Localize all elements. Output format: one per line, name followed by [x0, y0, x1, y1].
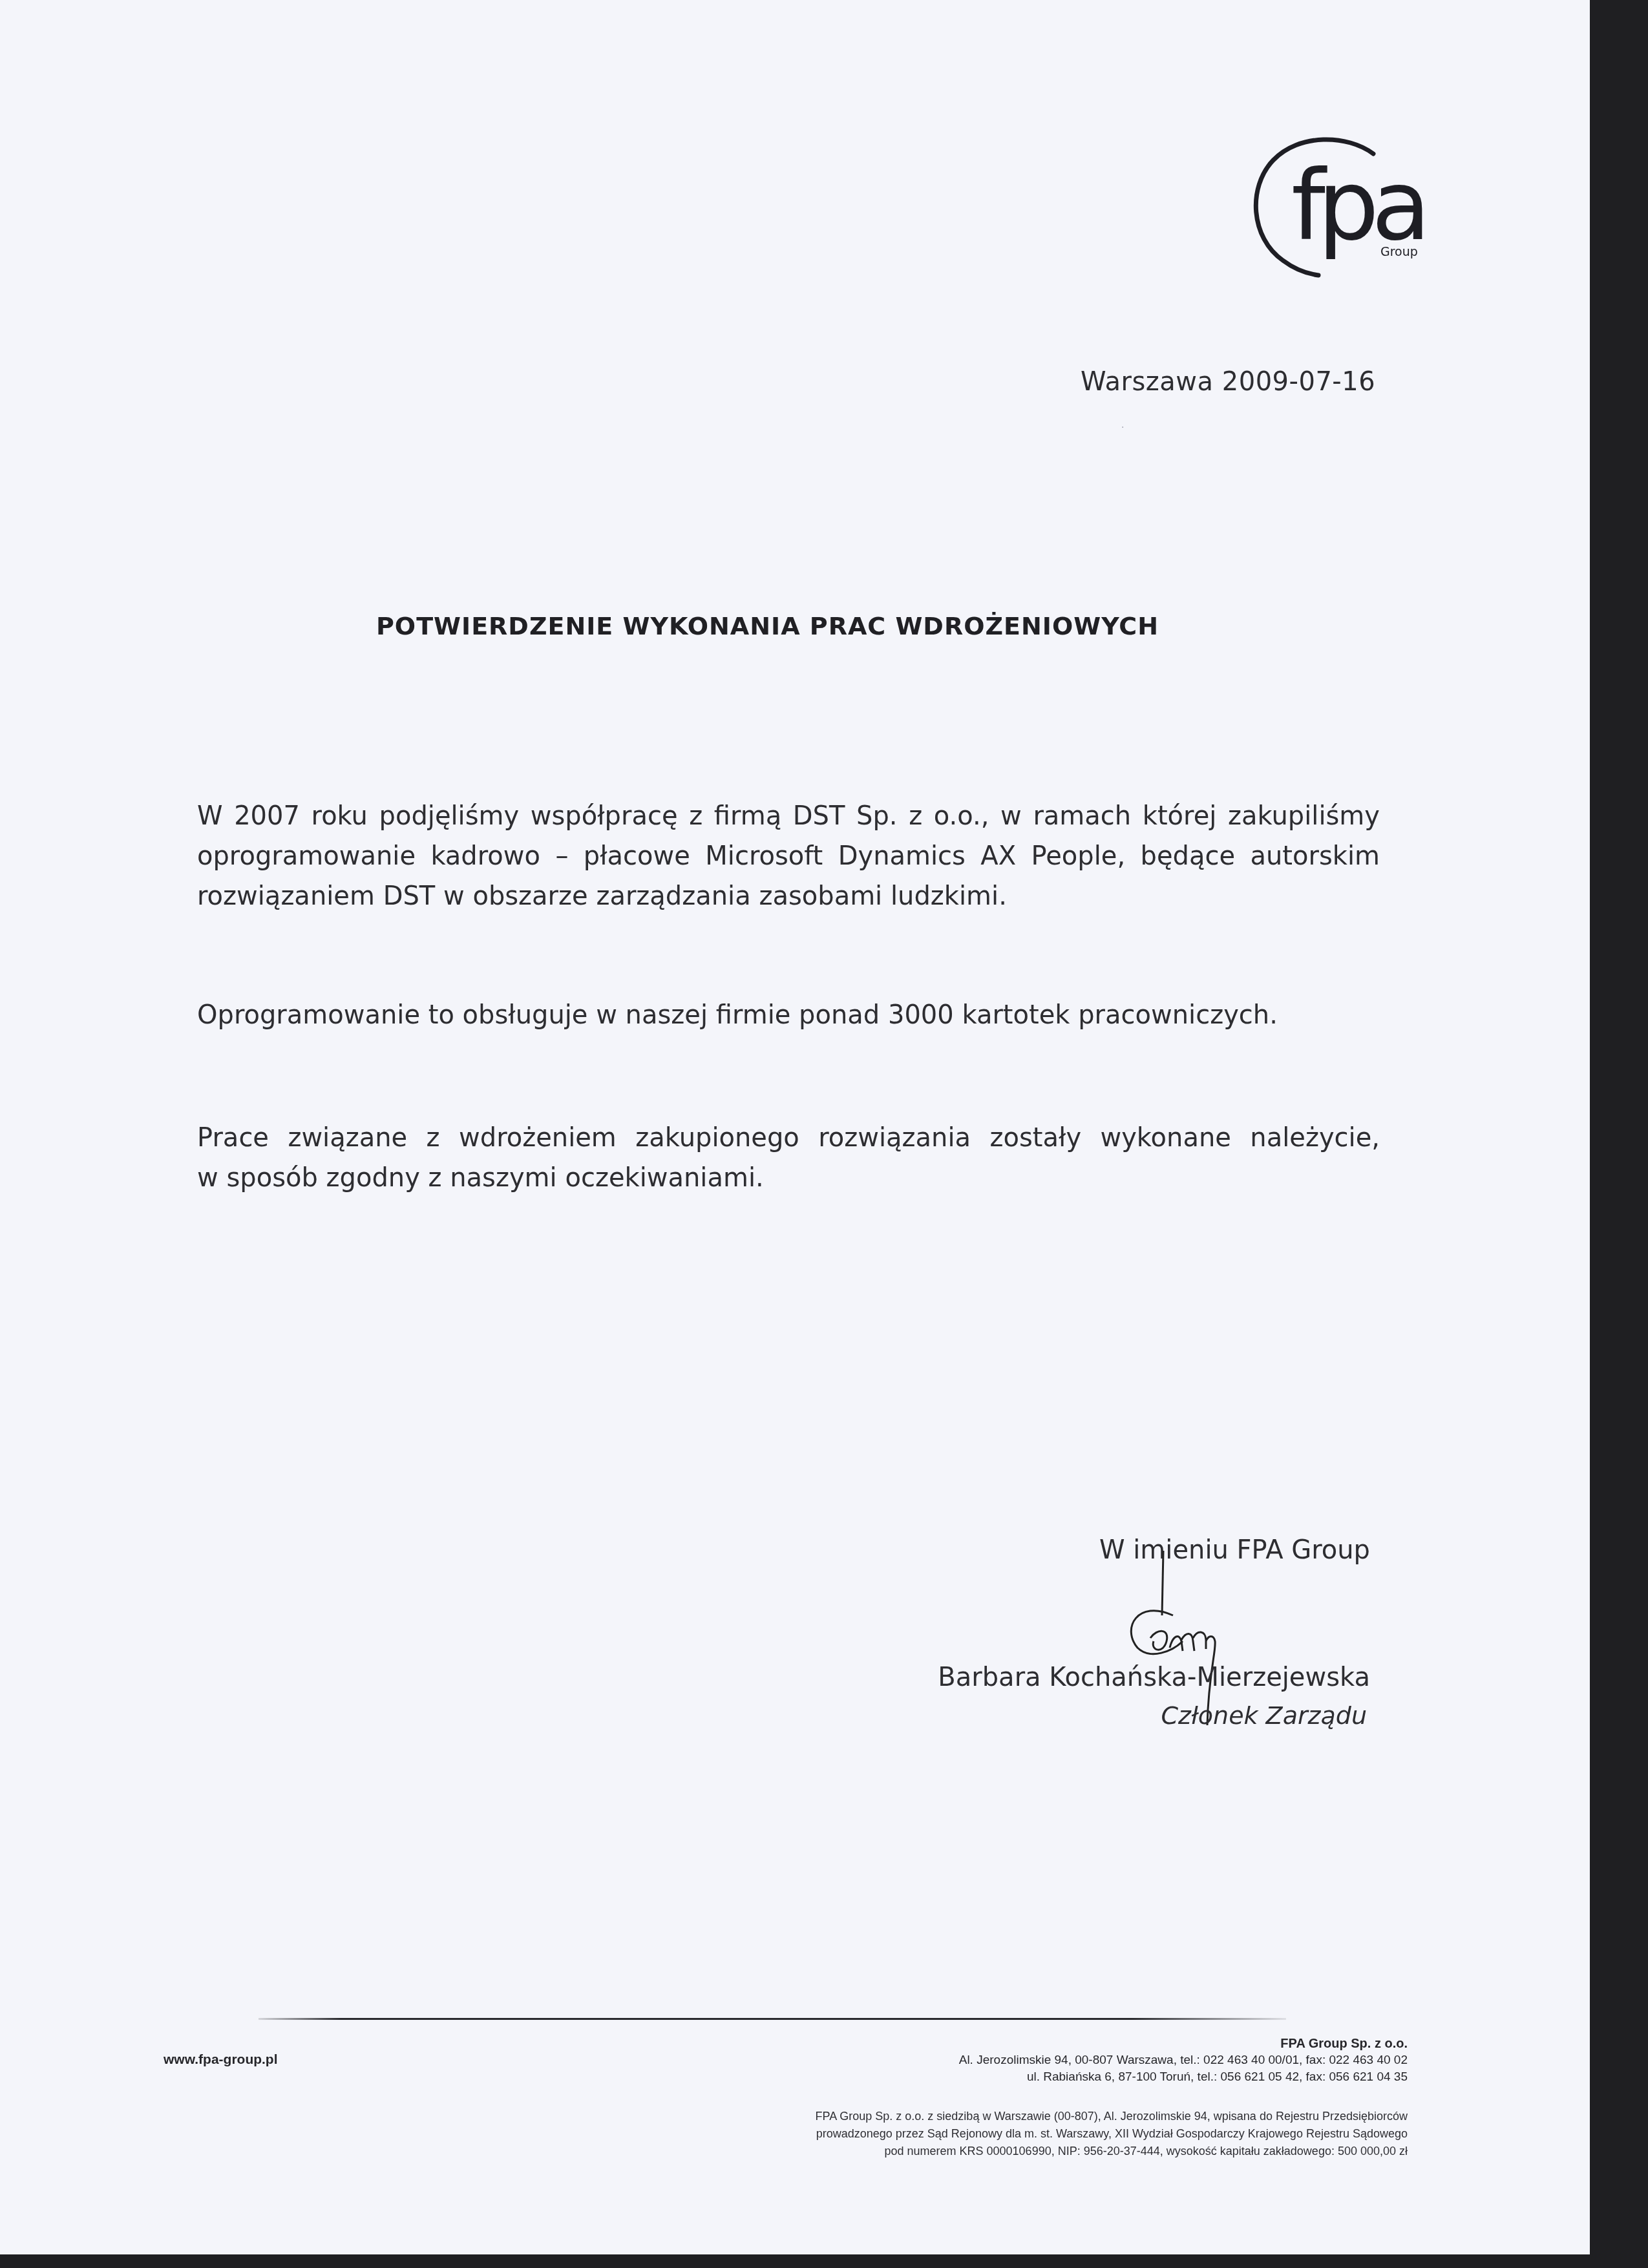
letter-title: POTWIERDZENIE WYKONANIA PRAC WDROŻENIOWY… — [376, 612, 1159, 640]
paragraph-line: W 2007 roku podjęliśmy współpracę z firm… — [197, 796, 1380, 836]
footer-legal-line: pod numerem KRS 0000106990, NIP: 956-20-… — [816, 2143, 1408, 2160]
paragraph-line: oprogramowanie kadrowo – płacowe Microso… — [197, 836, 1380, 876]
logo-subtitle: Group — [1380, 245, 1418, 259]
scan-border-right — [1590, 0, 1648, 2268]
paragraph-implementation: Prace związane z wdrożeniem zakupionego … — [197, 1118, 1380, 1198]
paragraph-line: Oprogramowanie to obsługuje w naszej fir… — [197, 995, 1380, 1035]
footer-legal-line: prowadzonego przez Sąd Rejonowy dla m. s… — [816, 2125, 1408, 2143]
paragraph-employee-records: Oprogramowanie to obsługuje w naszej fir… — [197, 995, 1380, 1035]
footer-company-name: FPA Group Sp. z o.o. — [959, 2035, 1408, 2052]
scan-border-bottom — [0, 2254, 1648, 2268]
footer-legal-info: FPA Group Sp. z o.o. z siedzibą w Warsza… — [816, 2108, 1408, 2160]
footer-divider — [259, 2018, 1286, 2020]
fpa-group-logo: fpa Group — [1234, 128, 1435, 283]
footer-legal-line: FPA Group Sp. z o.o. z siedzibą w Warsza… — [816, 2108, 1408, 2125]
footer-website: www.fpa-group.pl — [164, 2052, 278, 2068]
paragraph-line: w sposób zgodny z naszymi oczekiwaniami. — [197, 1158, 1380, 1198]
footer-company-info: FPA Group Sp. z o.o. Al. Jerozolimskie 9… — [959, 2035, 1408, 2086]
paragraph-line: Prace związane z wdrożeniem zakupionego … — [197, 1118, 1380, 1158]
footer-address-warszawa: Al. Jerozolimskie 94, 00-807 Warszawa, t… — [959, 2052, 1408, 2069]
paragraph-line: rozwiązaniem DST w obszarze zarządzania … — [197, 876, 1380, 916]
paragraph-cooperation: W 2007 roku podjęliśmy współpracę z firm… — [197, 796, 1380, 916]
signatory-name: Barbara Kochańska-Mierzejewska — [938, 1663, 1370, 1692]
fpa-logo-icon: fpa Group — [1234, 128, 1435, 283]
place-date: Warszawa 2009-07-16 — [1081, 367, 1375, 397]
signatory-role: Członek Zarządu — [1161, 1701, 1367, 1730]
scan-speck: · — [1121, 423, 1128, 432]
footer-address-torun: ul. Rabiańska 6, 87-100 Toruń, tel.: 056… — [959, 2069, 1408, 2086]
